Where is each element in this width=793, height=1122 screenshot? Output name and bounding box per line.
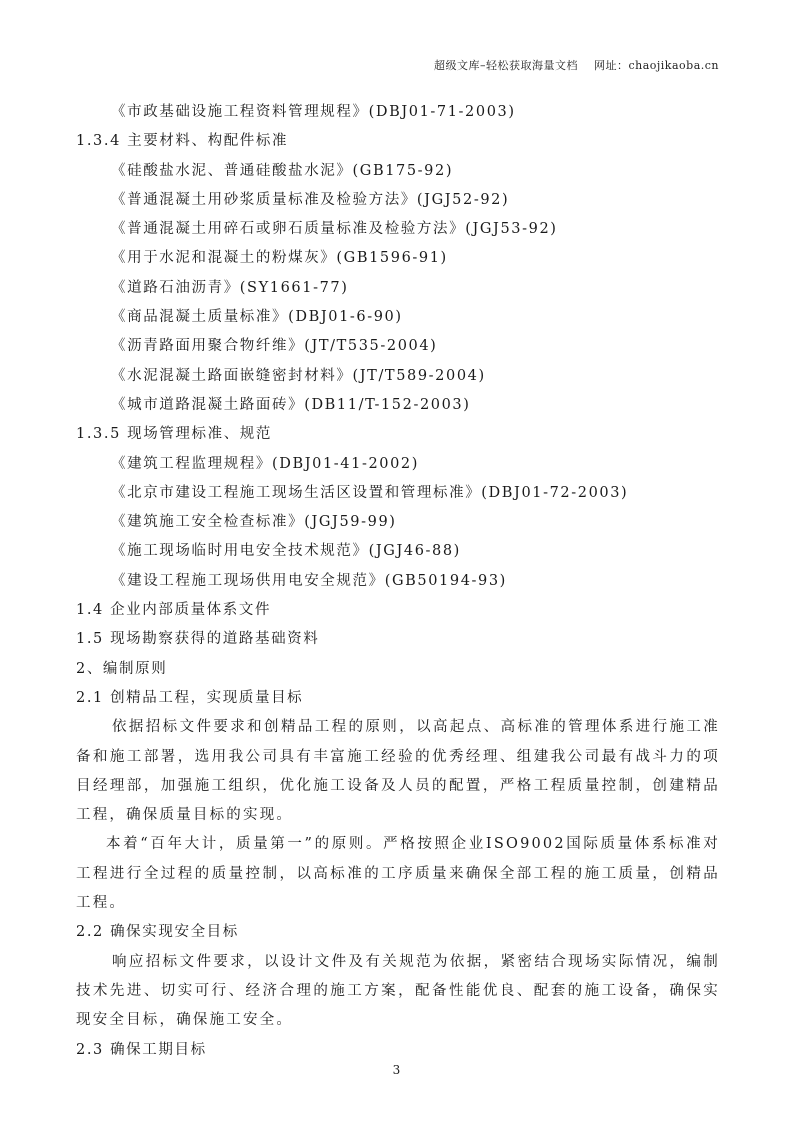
page-header: 超级文库–轻松获取海量文档网址：chaojikaoba.cn xyxy=(434,57,719,73)
standard-item: 《水泥混凝土路面嵌缝密封材料》(JT/T589-2004) xyxy=(76,362,720,391)
header-site-name: 超级文库–轻松获取海量文档 xyxy=(434,59,578,72)
section-heading: 1.3.4 主要材料、构配件标准 xyxy=(76,127,720,156)
section-heading: 2、编制原则 xyxy=(76,655,720,684)
document-body: 《市政基础设施工程资料管理规程》(DBJ01-71-2003) 1.3.4 主要… xyxy=(76,98,720,1065)
standard-item: 《道路石油沥青》(SY1661-77) xyxy=(76,274,720,303)
section-heading: 2.3 确保工期目标 xyxy=(76,1036,720,1065)
section-heading: 2.2 确保实现安全目标 xyxy=(76,918,720,947)
standard-item: 《建设工程施工现场供用电安全规范》(GB50194-93) xyxy=(76,567,720,596)
standard-item: 《施工现场临时用电安全技术规范》(JGJ46-88) xyxy=(76,537,720,566)
body-paragraph: 依据招标文件要求和创精品工程的原则，以高起点、高标准的管理体系进行施工准备和施工… xyxy=(76,713,720,830)
standard-item: 《用于水泥和混凝土的粉煤灰》(GB1596-91) xyxy=(76,244,720,273)
body-paragraph: 响应招标文件要求，以设计文件及有关规范为依据，紧密结合现场实际情况，编制技术先进… xyxy=(76,948,720,1036)
standard-item: 《市政基础设施工程资料管理规程》(DBJ01-71-2003) xyxy=(76,98,720,127)
header-url: 网址：chaojikaoba.cn xyxy=(594,59,719,72)
section-heading: 2.1 创精品工程，实现质量目标 xyxy=(76,684,720,713)
standard-item: 《建筑工程监理规程》(DBJ01-41-2002) xyxy=(76,450,720,479)
standard-item: 《北京市建设工程施工现场生活区设置和管理标准》(DBJ01-72-2003) xyxy=(76,479,720,508)
standard-item: 《沥青路面用聚合物纤维》(JT/T535-2004) xyxy=(76,332,720,361)
standard-item: 《硅酸盐水泥、普通硅酸盐水泥》(GB175-92) xyxy=(76,157,720,186)
standard-item: 《城市道路混凝土路面砖》(DB11/T-152-2003) xyxy=(76,391,720,420)
standard-item: 《建筑施工安全检查标准》(JGJ59-99) xyxy=(76,508,720,537)
standard-item: 《商品混凝土质量标准》(DBJ01-6-90) xyxy=(76,303,720,332)
standard-item: 《普通混凝土用碎石或卵石质量标准及检验方法》(JGJ53-92) xyxy=(76,215,720,244)
section-heading: 1.4 企业内部质量体系文件 xyxy=(76,596,720,625)
standard-item: 《普通混凝土用砂浆质量标准及检验方法》(JGJ52-92) xyxy=(76,186,720,215)
body-paragraph: 本着“百年大计，质量第一”的原则。严格按照企业ISO9002国际质量体系标准对工… xyxy=(76,830,720,918)
section-heading: 1.5 现场勘察获得的道路基础资料 xyxy=(76,625,720,654)
page-number: 3 xyxy=(0,1063,793,1077)
section-heading: 1.3.5 现场管理标准、规范 xyxy=(76,420,720,449)
